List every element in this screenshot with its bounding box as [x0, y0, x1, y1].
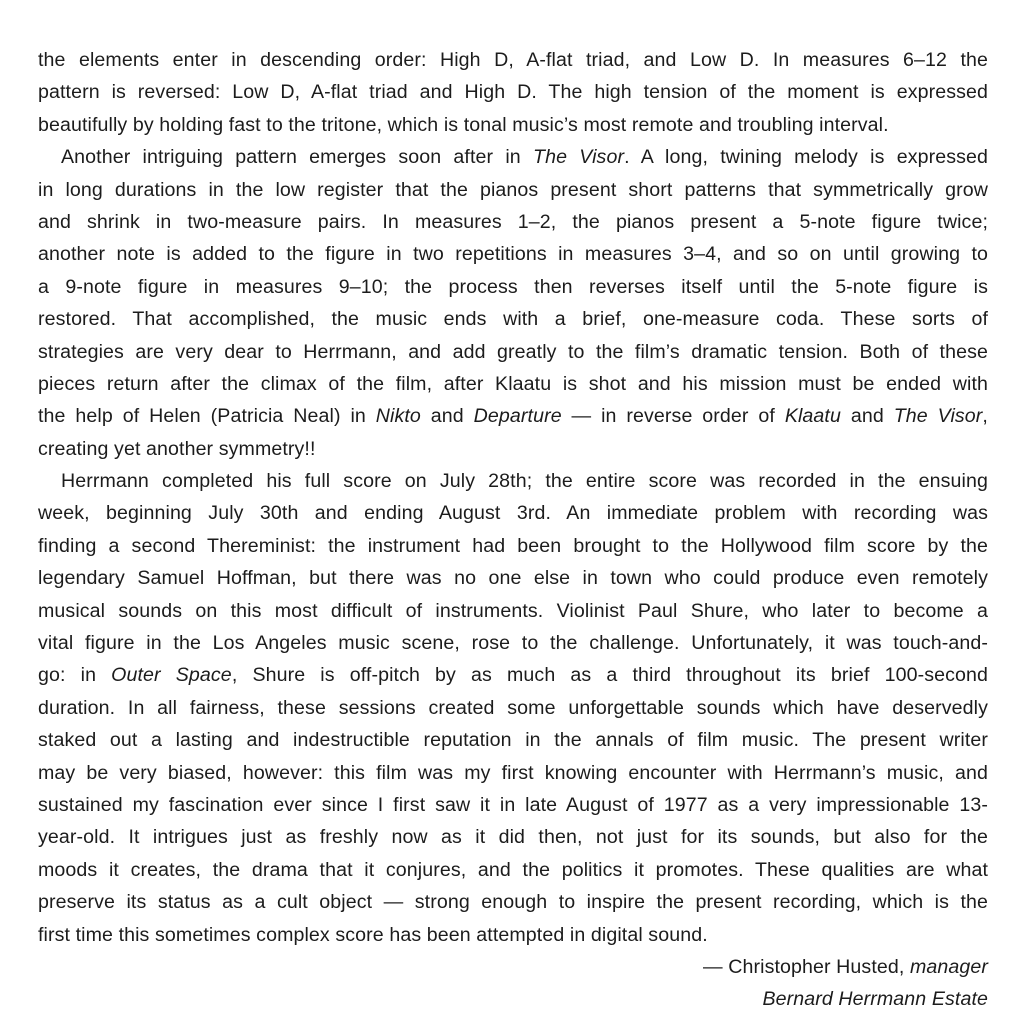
signature-title: manager [910, 956, 988, 978]
paragraph-3-line: may be very biased, however: this film w… [38, 757, 988, 789]
text-run: vital figure in the Los Angeles music sc… [38, 632, 988, 654]
text-run: creating yet another symmetry!! [38, 438, 316, 460]
paragraph-2-line: Another intriguing pattern emerges soon … [38, 141, 988, 173]
text-run: Another intriguing pattern emerges soon … [61, 146, 533, 168]
paragraph-3-line: moods it creates, the drama that it conj… [38, 854, 988, 886]
text-run: first time this sometimes complex score … [38, 924, 708, 946]
title-reference: The Visor [894, 405, 983, 427]
text-run: and [841, 405, 894, 427]
title-reference: The Visor [533, 146, 624, 168]
paragraph-1-line: pattern is reversed: Low D, A-flat triad… [38, 76, 988, 108]
text-run: musical sounds on this most difficult of… [38, 600, 988, 622]
text-run: a 9-note figure in measures 9–10; the pr… [38, 276, 988, 298]
paragraph-1-line: the elements enter in descending order: … [38, 44, 988, 76]
paragraph-3-line: go: in Outer Space, Shure is off-pitch b… [38, 659, 988, 691]
paragraph-3-line: sustained my fascination ever since I fi… [38, 789, 988, 821]
paragraph-3-line: legendary Samuel Hoffman, but there was … [38, 562, 988, 594]
paragraph-3-line: finding a second Thereminist: the instru… [38, 530, 988, 562]
paragraph-3-line: vital figure in the Los Angeles music sc… [38, 627, 988, 659]
text-run: year-old. It intrigues just as freshly n… [38, 826, 988, 848]
text-run: pattern is reversed: Low D, A-flat triad… [38, 81, 988, 103]
paragraph-2-line: in long durations in the low register th… [38, 174, 988, 206]
paragraph-2-line: and shrink in two-measure pairs. In meas… [38, 206, 988, 238]
title-reference: Klaatu [785, 405, 841, 427]
text-run: restored. That accomplished, the music e… [38, 308, 988, 330]
text-run: sustained my fascination ever since I fi… [38, 794, 988, 816]
text-run: . A long, twining melody is expressed [624, 146, 988, 168]
document-page: the elements enter in descending order: … [38, 44, 988, 1016]
text-run: , [982, 405, 988, 427]
paragraph-3-line: preserve its status as a cult object — s… [38, 886, 988, 918]
paragraph-3-line: staked out a lasting and indestructible … [38, 724, 988, 756]
text-run: another note is added to the figure in t… [38, 243, 988, 265]
text-run: beautifully by holding fast to the trito… [38, 114, 889, 136]
paragraph-3-line: first time this sometimes complex score … [38, 919, 988, 951]
text-run: staked out a lasting and indestructible … [38, 729, 988, 751]
text-run: and [421, 405, 474, 427]
text-run: moods it creates, the drama that it conj… [38, 859, 988, 881]
signature-organization: Bernard Herrmann Estate [762, 988, 988, 1010]
text-run: legendary Samuel Hoffman, but there was … [38, 567, 988, 589]
paragraph-2-line: another note is added to the figure in t… [38, 238, 988, 270]
text-run: the elements enter in descending order: … [38, 49, 988, 71]
paragraph-3-line: year-old. It intrigues just as freshly n… [38, 821, 988, 853]
text-run: preserve its status as a cult object — s… [38, 891, 988, 913]
text-run: pieces return after the climax of the fi… [38, 373, 988, 395]
paragraph-3-line: Herrmann completed his full score on Jul… [38, 465, 988, 497]
text-run: strategies are very dear to Herrmann, an… [38, 341, 988, 363]
paragraph-1-line: beautifully by holding fast to the trito… [38, 109, 988, 141]
paragraph-3-line: duration. In all fairness, these session… [38, 692, 988, 724]
paragraph-3-line: week, beginning July 30th and ending Aug… [38, 497, 988, 529]
signature-line-2: Bernard Herrmann Estate [38, 983, 988, 1015]
paragraph-2-line: creating yet another symmetry!! [38, 433, 988, 465]
text-run: finding a second Thereminist: the instru… [38, 535, 988, 557]
text-run: , Shure is off-pitch by as much as a thi… [232, 664, 988, 686]
signature-line-1: — Christopher Husted, manager [38, 951, 988, 983]
title-reference: Nikto [376, 405, 421, 427]
paragraph-2-line: strategies are very dear to Herrmann, an… [38, 336, 988, 368]
essay-body: the elements enter in descending order: … [38, 44, 988, 951]
text-run: week, beginning July 30th and ending Aug… [38, 502, 988, 524]
text-run: go: in [38, 664, 111, 686]
signature-name: — Christopher Husted, [703, 956, 910, 978]
text-run: the help of Helen (Patricia Neal) in [38, 405, 376, 427]
text-run: may be very biased, however: this film w… [38, 762, 988, 784]
text-run: in long durations in the low register th… [38, 179, 988, 201]
text-run: and shrink in two-measure pairs. In meas… [38, 211, 988, 233]
text-run: duration. In all fairness, these session… [38, 697, 988, 719]
paragraph-2-line: pieces return after the climax of the fi… [38, 368, 988, 400]
title-reference: Departure [474, 405, 562, 427]
text-run: — in reverse order of [562, 405, 785, 427]
text-run: Herrmann completed his full score on Jul… [61, 470, 988, 492]
title-reference: Outer Space [111, 664, 232, 686]
paragraph-3-line: musical sounds on this most difficult of… [38, 595, 988, 627]
paragraph-2-line: a 9-note figure in measures 9–10; the pr… [38, 271, 988, 303]
paragraph-2-line: the help of Helen (Patricia Neal) in Nik… [38, 400, 988, 432]
paragraph-2-line: restored. That accomplished, the music e… [38, 303, 988, 335]
